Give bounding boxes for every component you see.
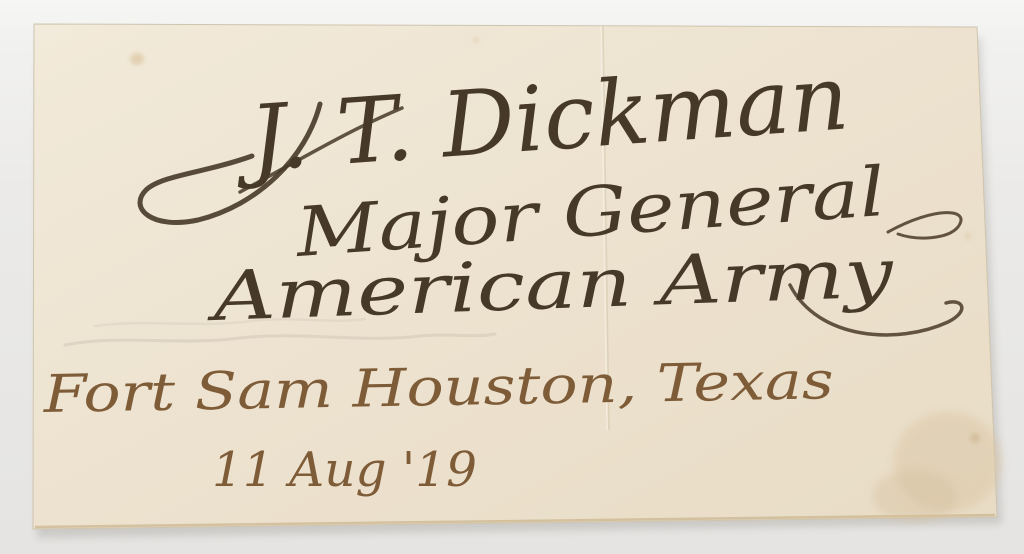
corner-stain-speck [970,433,980,443]
date-line: 11 Aug '19 [212,442,477,498]
corner-stain [873,470,957,522]
foxing-spot [965,233,971,239]
foxing-spot [130,53,144,65]
photo-canvas: J. T. Dickman Major General American Arm… [0,0,1024,554]
autograph-photo: J. T. Dickman Major General American Arm… [0,0,1024,554]
foxing-spot [473,37,479,43]
